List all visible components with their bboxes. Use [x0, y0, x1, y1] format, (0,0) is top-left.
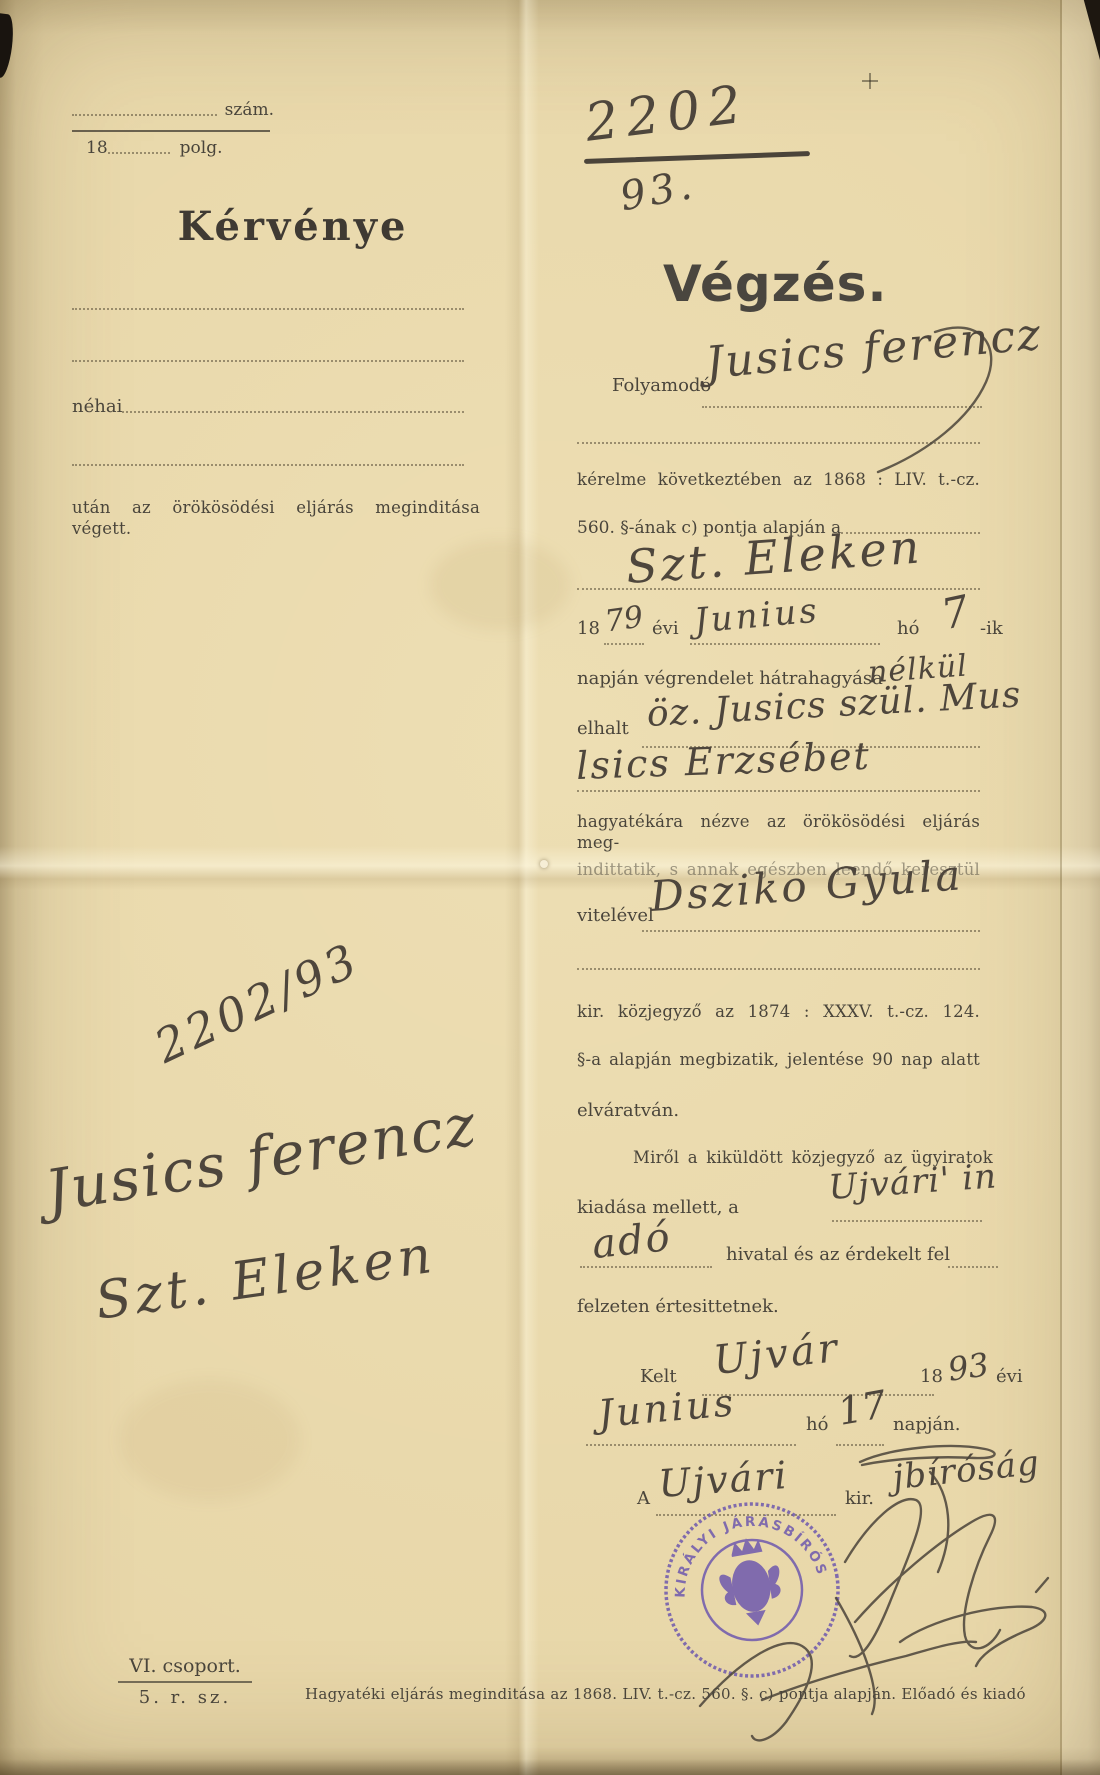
kelt-ho-label: hó: [806, 1414, 828, 1435]
dotted-leader: [690, 643, 880, 645]
year-prefix: 18: [86, 138, 108, 158]
notice-line-3: hivatal és az érdekelt fel: [726, 1244, 950, 1265]
scan-corner-mark-top-left: [0, 13, 16, 78]
polg-label: polg.: [180, 138, 223, 158]
group-subnumber: 5. r. sz.: [110, 1687, 260, 1708]
dotted-leader: [72, 114, 217, 116]
notice-line-4: felzeten értesittetnek.: [577, 1296, 779, 1317]
handwritten-kelt-day: 17: [835, 1382, 890, 1434]
dotted-leader: [122, 411, 464, 413]
pin-hole: [540, 860, 548, 868]
blank-dotted-line: [72, 464, 464, 466]
notary-line-2: §-a alapján megbizatik, jelentése 90 nap…: [577, 1050, 980, 1071]
handwritten-month: Junius: [692, 591, 821, 642]
judge-signature-stroke: [845, 1499, 921, 1657]
handwritten-office-2: adó: [590, 1214, 674, 1268]
date-prefix: 18: [577, 618, 600, 639]
applicant-label: Folyamodó: [612, 375, 711, 396]
handwritten-kelt-year: 93: [946, 1345, 992, 1388]
kelt-napjan-label: napján.: [893, 1414, 960, 1435]
ik-suffix: -ik: [980, 618, 1003, 639]
solid-rule: [72, 130, 270, 132]
dotted-leader: [702, 1394, 934, 1396]
notary-line-1: kir. közjegyző az 1874 : XXXV. t.-cz. 12…: [577, 1002, 980, 1023]
handwritten-kelt-place: Ujvár: [711, 1325, 842, 1384]
handwritten-place-name: Szt. Eleken: [92, 1225, 439, 1332]
handwritten-document-year: 93.: [617, 162, 699, 220]
handwritten-case-number: 2202/93: [147, 932, 368, 1074]
page-edge-strip: [1062, 0, 1100, 1775]
estate-line-1: hagyatékára nézve az örökösödési eljárás…: [577, 812, 980, 853]
clerk-signature-accent: [1036, 1578, 1048, 1592]
nehai-label: néhai: [72, 396, 122, 417]
group-label: VI. csoport.: [110, 1655, 260, 1677]
blank-dotted-line: [577, 442, 980, 444]
number-line: szám.: [72, 100, 274, 120]
judge-signature-stroke: [855, 1515, 1000, 1649]
szam-label: szám.: [225, 100, 274, 120]
blank-dotted-line: [72, 308, 464, 310]
dotted-leader: [832, 1220, 982, 1222]
dotted-leader: [702, 406, 982, 408]
court-a-label: A: [637, 1488, 650, 1509]
footer-imprint: Hagyatéki eljárás meginditása az 1868. L…: [305, 1685, 945, 1703]
handwritten-document-number: 2202: [582, 74, 752, 154]
dotted-leader: [836, 1444, 884, 1446]
conduct-label: vitelével: [577, 905, 654, 926]
paper-stain: [430, 540, 570, 630]
bottom-edge-shadow: [0, 1759, 1100, 1775]
dotted-leader: [604, 643, 644, 645]
dotted-leader: [577, 790, 980, 792]
left-page-title: Kérvénye: [168, 203, 418, 250]
handwritten-year: 79: [603, 600, 646, 640]
nehai-line: néhai: [72, 396, 464, 417]
official-stamp: KIRÁLYI JÁRÁSBÍRÓSÁG: [648, 1486, 857, 1695]
blank-dotted-line: [577, 968, 980, 970]
handwritten-deceased-2: lsics Erzsébet: [575, 734, 871, 788]
dotted-leader: [577, 588, 980, 590]
ho-label: hó: [897, 618, 919, 639]
dotted-leader: [108, 152, 170, 154]
notary-line-3: elváratván.: [577, 1100, 679, 1121]
evi-label: évi: [652, 618, 679, 639]
handwritten-applicant: Jusics ferencz: [704, 309, 1045, 389]
kelt-evi-label: évi: [996, 1366, 1023, 1387]
dotted-leader: [948, 1266, 998, 1268]
dotted-leader: [642, 930, 980, 932]
footer-group-block: VI. csoport. 5. r. sz.: [110, 1655, 260, 1708]
dotted-leader: [580, 1266, 712, 1268]
handwritten-fraction-bar: [584, 151, 810, 164]
pencil-cross-mark: [869, 73, 871, 89]
law-line-1: kérelme következtében az 1868 : LIV. t.-…: [577, 470, 980, 491]
died-label: elhalt: [577, 718, 629, 739]
handwritten-kelt-month: Junius: [596, 1380, 738, 1436]
kelt-label: Kelt: [640, 1366, 677, 1387]
scanned-document: szám. 18 polg. Kérvénye néhai után az ör…: [0, 0, 1100, 1775]
group-divider: [118, 1681, 252, 1683]
paper-stain: [120, 1380, 300, 1500]
blank-dotted-line: [72, 360, 464, 362]
court-kir-label: kir.: [845, 1488, 874, 1509]
year-line: 18 polg.: [86, 138, 256, 158]
dotted-leader: [586, 1444, 796, 1446]
handwritten-court-type: jbíróság: [891, 1443, 1042, 1498]
kelt-year-prefix: 18: [920, 1366, 943, 1387]
clerk-signature-stroke: [900, 1607, 1045, 1666]
purpose-line: után az örökösödési eljárás meginditása …: [72, 498, 480, 539]
handwritten-day: 7: [937, 586, 973, 639]
right-page-title: Végzés.: [663, 255, 887, 313]
handwritten-applicant-name: Jusics ferencz: [41, 1090, 482, 1225]
